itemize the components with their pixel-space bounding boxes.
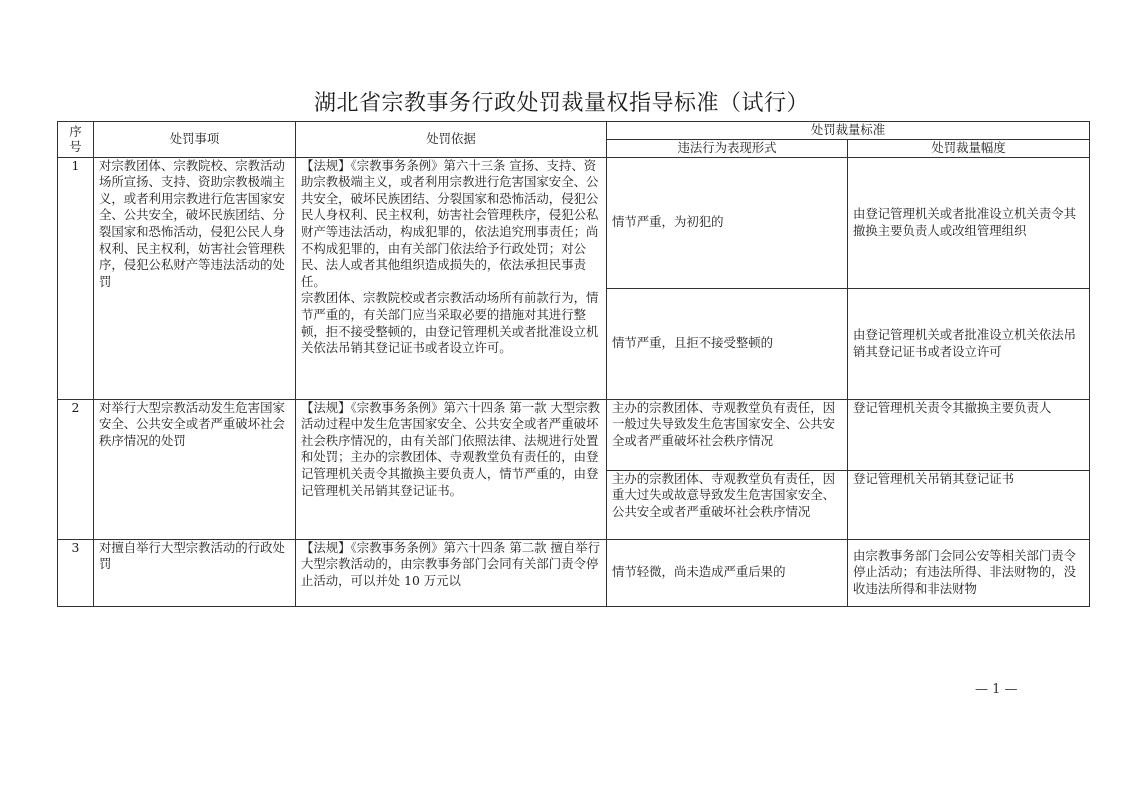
- penalty-item: 对举行大型宗教活动发生危害国家安全、公共安全或者严重破坏社会秩序情况的处罚: [94, 399, 296, 539]
- header-basis: 处罚依据: [296, 122, 607, 158]
- penalty-range: 登记管理机关责令其撤换主要负责人: [848, 399, 1090, 470]
- header-item: 处罚事项: [94, 122, 296, 158]
- page-number: — 1 —: [975, 682, 1018, 697]
- table-row: 2 对举行大型宗教活动发生危害国家安全、公共安全或者严重破坏社会秩序情况的处罚 …: [58, 399, 1090, 470]
- header-behavior: 违法行为表现形式: [607, 139, 848, 157]
- penalty-basis: 【法规】《宗教事务条例》第六十四条 第一款 大型宗教活动过程中发生危害国家安全、…: [296, 399, 607, 539]
- row-number: 1: [58, 157, 94, 399]
- penalty-basis: 【法规】《宗教事务条例》第六十三条 宣扬、支持、资助宗教极端主义，或者利用宗教进…: [296, 157, 607, 399]
- violation-behavior: 主办的宗教团体、寺观教堂负有责任，因重大过失或故意导致发生危害国家安全、公共安全…: [607, 470, 848, 539]
- header-range: 处罚裁量幅度: [848, 139, 1090, 157]
- penalty-basis: 【法规】《宗教事务条例》第六十四条 第二款 擅自举行大型宗教活动的，由宗教事务部…: [296, 539, 607, 606]
- penalty-range: 由登记管理机关或者批准设立机关依法吊销其登记证书或者设立许可: [848, 288, 1090, 399]
- violation-behavior: 情节轻微，尚未造成严重后果的: [607, 539, 848, 606]
- penalty-range: 由宗教事务部门会同公安等相关部门责令停止活动；有违法所得、非法财物的，没收违法所…: [848, 539, 1090, 606]
- penalty-standards-table: 序号 处罚事项 处罚依据 处罚裁量标准 违法行为表现形式 处罚裁量幅度 1 对宗…: [57, 121, 1090, 607]
- row-number: 2: [58, 399, 94, 539]
- penalty-basis-text: 【法规】《宗教事务条例》第六十三条 宣扬、支持、资助宗教极端主义，或者利用宗教进…: [301, 158, 601, 291]
- header-standard: 处罚裁量标准: [607, 122, 1090, 140]
- table-row: 1 对宗教团体、宗教院校、宗教活动场所宣扬、支持、资助宗教极端主义，或者利用宗教…: [58, 157, 1090, 288]
- penalty-range: 登记管理机关吊销其登记证书: [848, 470, 1090, 539]
- penalty-range: 由登记管理机关或者批准设立机关责令其撤换主要负责人或改组管理组织: [848, 157, 1090, 288]
- header-no: 序号: [58, 122, 94, 158]
- violation-behavior: 主办的宗教团体、寺观教堂负有责任，因一般过失导致发生危害国家安全、公共安全或者严…: [607, 399, 848, 470]
- table-row: 3 对擅自举行大型宗教活动的行政处罚 【法规】《宗教事务条例》第六十四条 第二款…: [58, 539, 1090, 606]
- penalty-basis-text-2: 宗教团体、宗教院校或者宗教活动场所有前款行为，情节严重的，有关部门应当采取必要的…: [301, 290, 601, 356]
- violation-behavior: 情节严重，为初犯的: [607, 157, 848, 288]
- document-title: 湖北省宗教事务行政处罚裁量权指导标准（试行）: [0, 86, 1123, 117]
- penalty-item: 对宗教团体、宗教院校、宗教活动场所宣扬、支持、资助宗教极端主义，或者利用宗教进行…: [94, 157, 296, 399]
- penalty-item: 对擅自举行大型宗教活动的行政处罚: [94, 539, 296, 606]
- violation-behavior: 情节严重，且拒不接受整顿的: [607, 288, 848, 399]
- row-number: 3: [58, 539, 94, 606]
